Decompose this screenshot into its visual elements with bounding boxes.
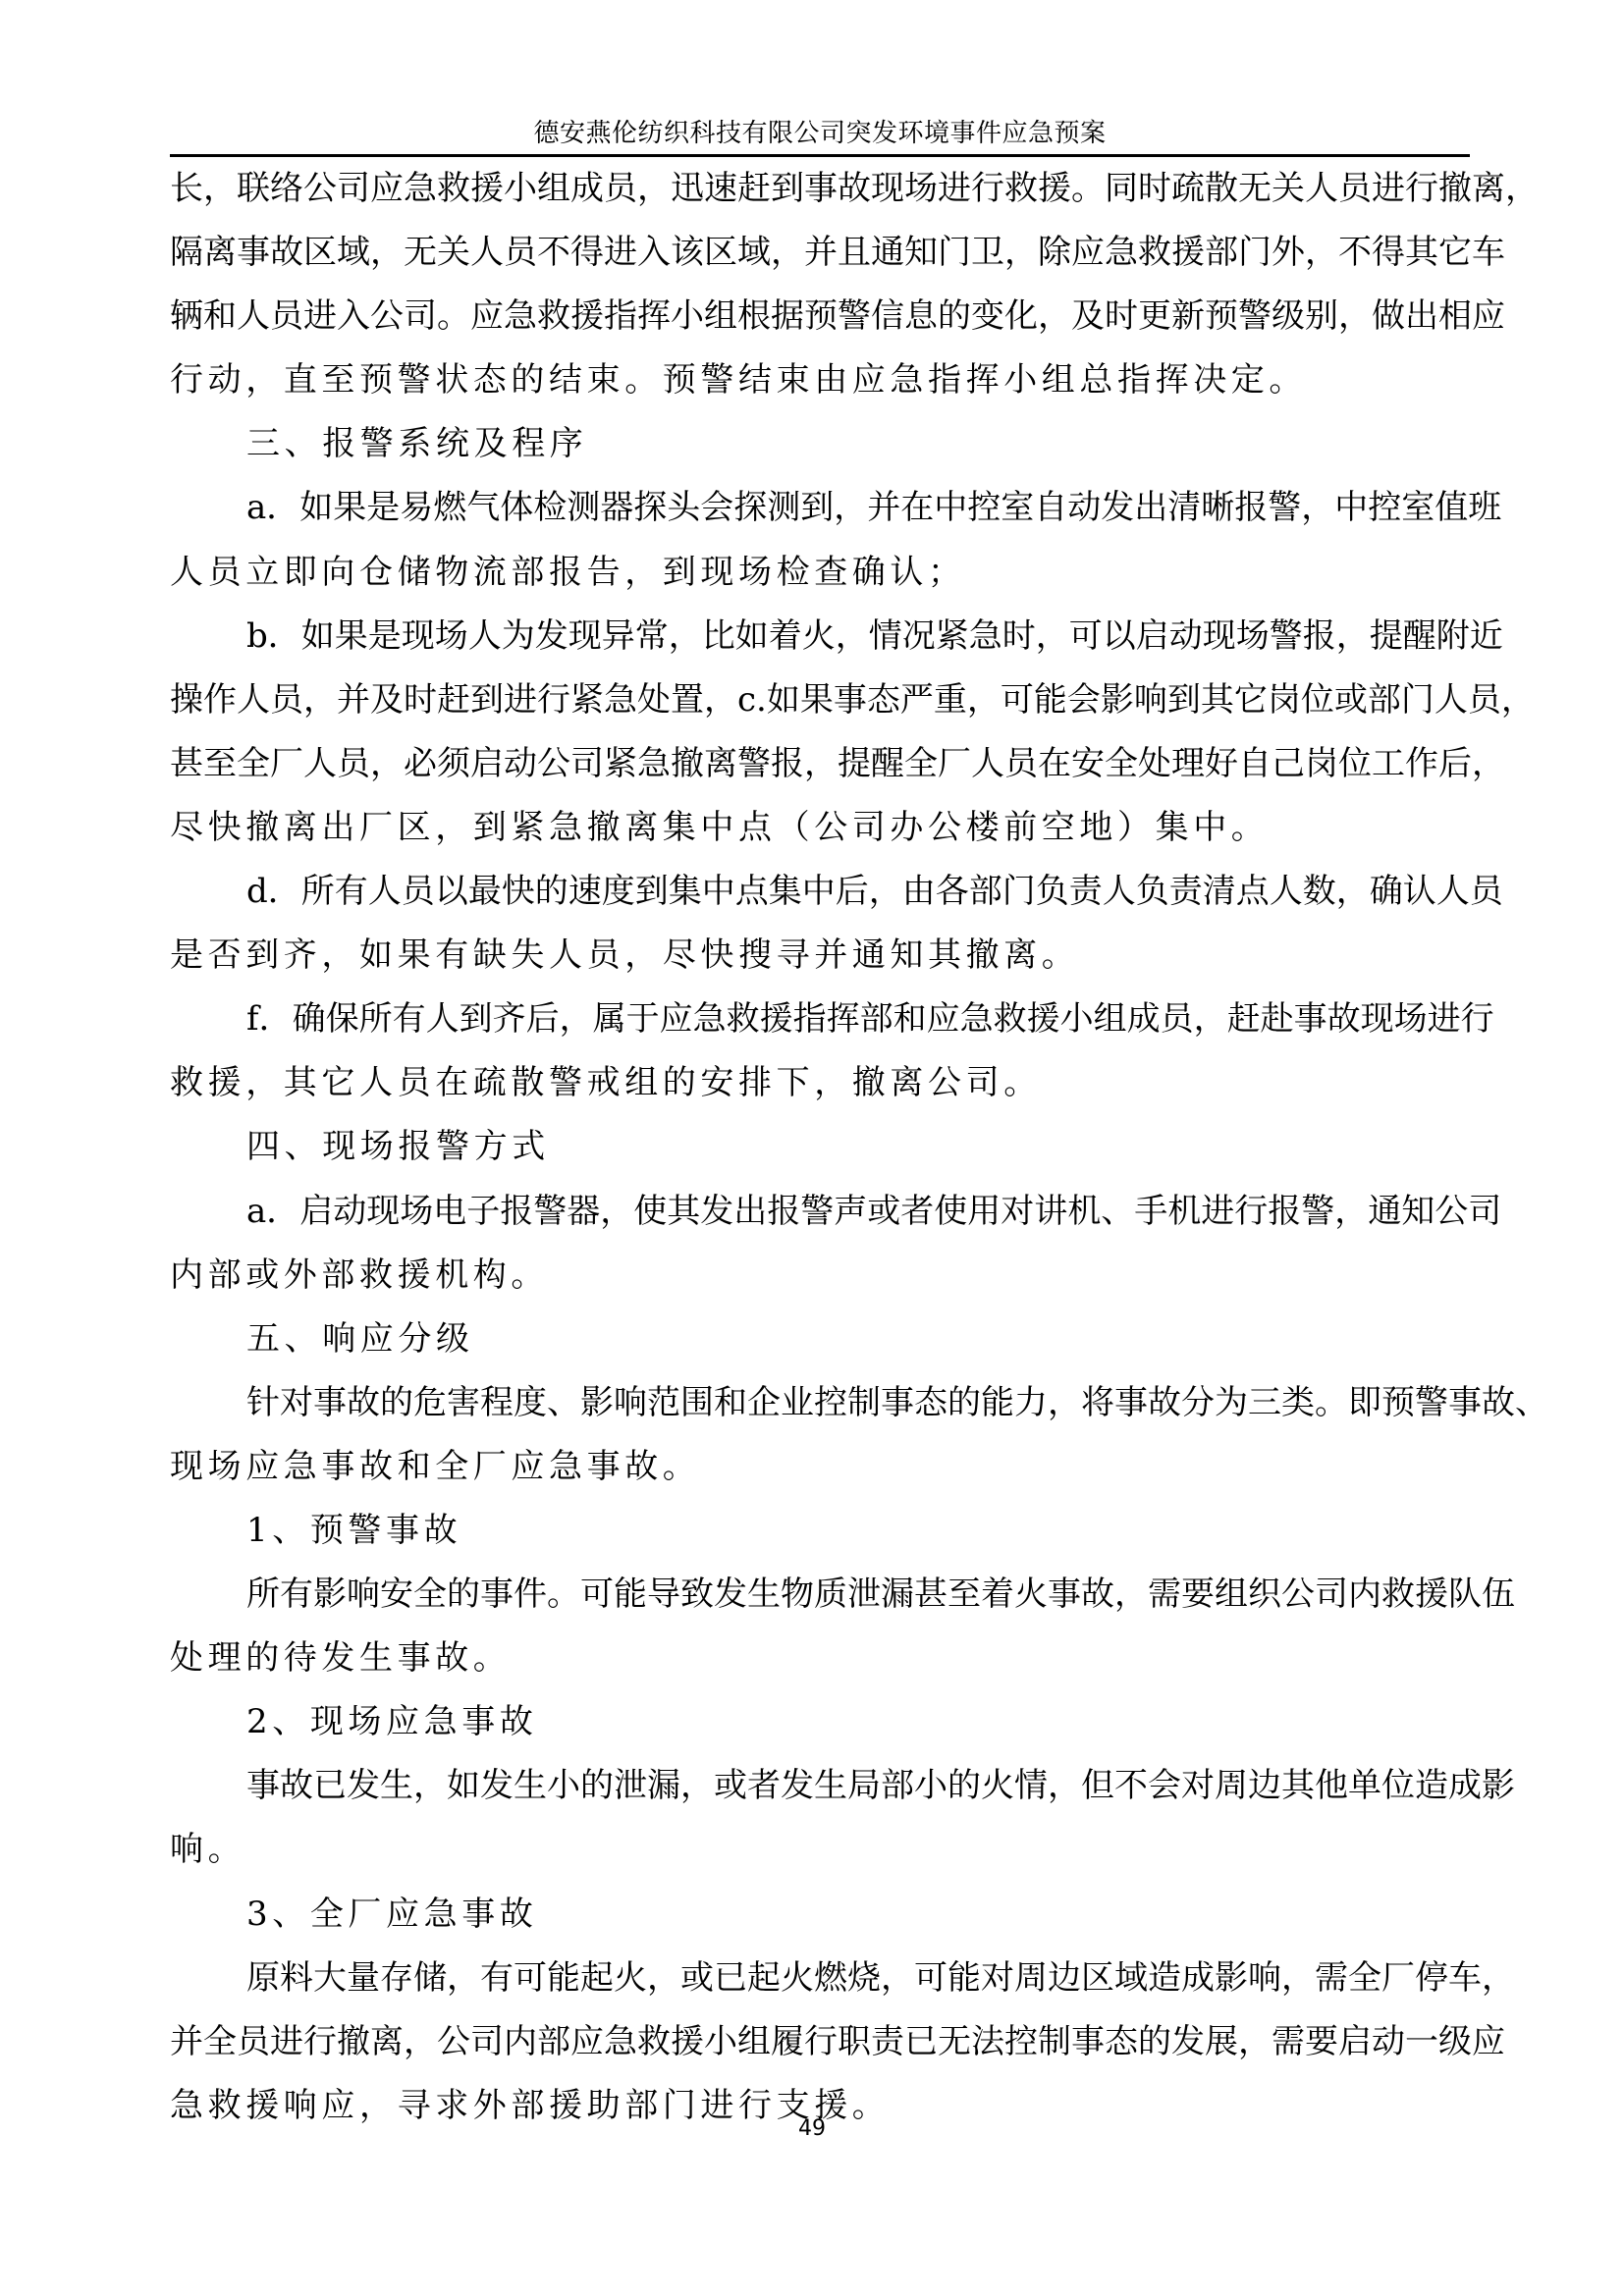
text-line: b．如果是现场人为发现异常，比如着火，情况紧急时，可以启动现场警报，提醒附近 — [170, 605, 1470, 668]
paragraph: 1、预警事故 — [170, 1499, 1470, 1563]
text-line: a．启动现场电子报警器，使其发出报警声或者使用对讲机、手机进行报警，通知公司 — [170, 1180, 1470, 1244]
page-number: 49 — [0, 2116, 1624, 2141]
text-line: 隔离事故区域，无关人员不得进入该区域，并且通知门卫，除应急救援部门外，不得其它车 — [170, 221, 1470, 285]
paragraph: 原料大量存储，有可能起火，或已起火燃烧，可能对周边区域造成影响，需全厂停车，并全… — [170, 1947, 1470, 2138]
paragraph: 三、报警系统及程序 — [170, 412, 1470, 476]
text-line: 处理的待发生事故。 — [170, 1627, 1470, 1690]
text-line: 四、现场报警方式 — [170, 1115, 1470, 1179]
text-line: 三、报警系统及程序 — [170, 412, 1470, 476]
paragraph: 四、现场报警方式 — [170, 1115, 1470, 1179]
text-line: 五、响应分级 — [170, 1308, 1470, 1371]
text-line: 操作人员，并及时赶到进行紧急处置，c.如果事态严重，可能会影响到其它岗位或部门人… — [170, 668, 1470, 732]
text-line: 响。 — [170, 1818, 1470, 1882]
document-header-title: 德安燕伦纺织科技有限公司突发环境事件应急预案 — [170, 116, 1470, 155]
paragraph: f．确保所有人到齐后，属于应急救援指挥部和应急救援小组成员，赶赴事故现场进行救援… — [170, 988, 1470, 1115]
text-line: 救援，其它人员在疏散警戒组的安排下，撤离公司。 — [170, 1051, 1470, 1115]
text-line: 并全员进行撤离，公司内部应急救援小组履行职责已无法控制事态的发展，需要启动一级应 — [170, 2010, 1470, 2074]
document-body: 长，联络公司应急救援小组成员，迅速赶到事故现场进行救援。同时疏散无关人员进行撤离… — [170, 157, 1470, 2138]
text-line: f．确保所有人到齐后，属于应急救援指挥部和应急救援小组成员，赶赴事故现场进行 — [170, 988, 1470, 1051]
paragraph: 所有影响安全的事件。可能导致发生物质泄漏甚至着火事故，需要组织公司内救援队伍处理… — [170, 1563, 1470, 1690]
text-line: 内部或外部救援机构。 — [170, 1244, 1470, 1308]
text-line: 2、现场应急事故 — [170, 1690, 1470, 1754]
text-line: 事故已发生，如发生小的泄漏，或者发生局部小的火情，但不会对周边其他单位造成影 — [170, 1754, 1470, 1818]
text-line: 现场应急事故和全厂应急事故。 — [170, 1435, 1470, 1499]
text-line: 原料大量存储，有可能起火，或已起火燃烧，可能对周边区域造成影响，需全厂停车， — [170, 1947, 1470, 2010]
text-line: a．如果是易燃气体检测器探头会探测到，并在中控室自动发出清晰报警，中控室值班 — [170, 476, 1470, 540]
paragraph: d．所有人员以最快的速度到集中点集中后，由各部门负责人负责清点人数，确认人员是否… — [170, 860, 1470, 988]
text-line: 1、预警事故 — [170, 1499, 1470, 1563]
paragraph: 长，联络公司应急救援小组成员，迅速赶到事故现场进行救援。同时疏散无关人员进行撤离… — [170, 157, 1470, 412]
paragraph: 3、全厂应急事故 — [170, 1883, 1470, 1947]
text-line: 甚至全厂人员，必须启动公司紧急撤离警报，提醒全厂人员在安全处理好自己岗位工作后， — [170, 732, 1470, 796]
text-line: 辆和人员进入公司。应急救援指挥小组根据预警信息的变化，及时更新预警级别，做出相应 — [170, 285, 1470, 348]
text-line: 行动，直至预警状态的结束。预警结束由应急指挥小组总指挥决定。 — [170, 348, 1470, 412]
paragraph: b．如果是现场人为发现异常，比如着火，情况紧急时，可以启动现场警报，提醒附近操作… — [170, 605, 1470, 860]
text-line: 3、全厂应急事故 — [170, 1883, 1470, 1947]
text-line: d．所有人员以最快的速度到集中点集中后，由各部门负责人负责清点人数，确认人员 — [170, 860, 1470, 924]
text-line: 长，联络公司应急救援小组成员，迅速赶到事故现场进行救援。同时疏散无关人员进行撤离… — [170, 157, 1470, 221]
text-line: 尽快撤离出厂区，到紧急撤离集中点（公司办公楼前空地）集中。 — [170, 796, 1470, 860]
text-line: 是否到齐，如果有缺失人员，尽快搜寻并通知其撤离。 — [170, 924, 1470, 988]
paragraph: 针对事故的危害程度、影响范围和企业控制事态的能力，将事故分为三类。即预警事故、现… — [170, 1371, 1470, 1499]
text-line: 人员立即向仓储物流部报告，到现场检查确认； — [170, 541, 1470, 605]
text-line: 所有影响安全的事件。可能导致发生物质泄漏甚至着火事故，需要组织公司内救援队伍 — [170, 1563, 1470, 1627]
paragraph: 事故已发生，如发生小的泄漏，或者发生局部小的火情，但不会对周边其他单位造成影响。 — [170, 1754, 1470, 1882]
text-line: 针对事故的危害程度、影响范围和企业控制事态的能力，将事故分为三类。即预警事故、 — [170, 1371, 1470, 1435]
paragraph: a．启动现场电子报警器，使其发出报警声或者使用对讲机、手机进行报警，通知公司内部… — [170, 1180, 1470, 1308]
paragraph: a．如果是易燃气体检测器探头会探测到，并在中控室自动发出清晰报警，中控室值班人员… — [170, 476, 1470, 604]
paragraph: 五、响应分级 — [170, 1308, 1470, 1371]
paragraph: 2、现场应急事故 — [170, 1690, 1470, 1754]
